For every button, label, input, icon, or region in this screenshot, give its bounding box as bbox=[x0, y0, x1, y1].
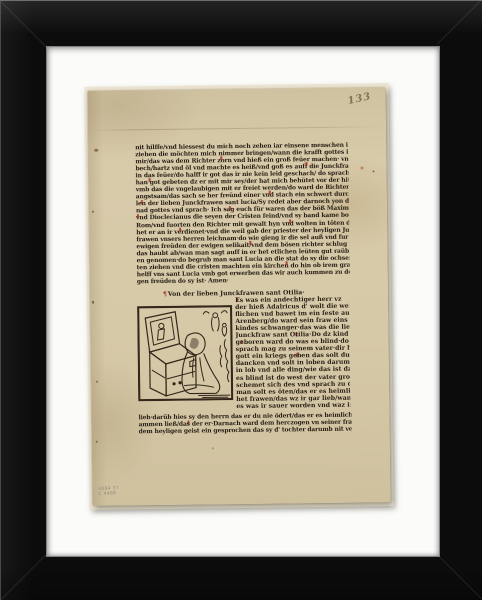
rubrication-mark bbox=[149, 178, 151, 182]
manuscript-page: nit hilffe/vnd hiessest du mich noch zeh… bbox=[87, 87, 390, 506]
rubrication-mark bbox=[269, 191, 271, 195]
rubrication-mark bbox=[249, 241, 251, 245]
red-pilcrow: ¶ bbox=[163, 291, 167, 298]
edge-speck bbox=[92, 301, 94, 304]
kneeling-saint-woodcut bbox=[137, 305, 233, 401]
text-line: dem heyligen geist ein gesprochen das sy… bbox=[139, 426, 352, 436]
bottom-text-block: lieb·darüb hies sy den herrn das er du n… bbox=[138, 412, 351, 436]
edge-speck bbox=[96, 441, 98, 443]
frame-left-sheen bbox=[0, 0, 46, 600]
rubrication-mark bbox=[289, 219, 291, 223]
foxing-spot bbox=[360, 166, 363, 169]
pencil-inscription: 4084 37 C 4988 bbox=[98, 486, 119, 497]
column-text-block: Es was ein andechtiger herr vzder hieß A… bbox=[235, 296, 350, 410]
handwritten-folio-number: 133 bbox=[347, 91, 373, 107]
foxing-spot bbox=[212, 447, 214, 449]
rubrication-mark bbox=[137, 214, 139, 218]
foxing-spot bbox=[94, 149, 98, 152]
rubrication-mark bbox=[305, 162, 307, 166]
text-line: es was ir sauer worden vnd waz ir bbox=[236, 401, 350, 409]
rubrication-mark bbox=[141, 200, 143, 204]
edge-speck bbox=[92, 211, 94, 213]
foxing-spot bbox=[372, 170, 374, 172]
rubrication-mark bbox=[179, 228, 181, 232]
pencil-line: C 4988 bbox=[98, 491, 119, 497]
frame-bottom-shade bbox=[0, 557, 482, 600]
framed-artwork-photo: nit hilffe/vnd hiessest du mich noch zeh… bbox=[0, 0, 482, 600]
paper-crease bbox=[90, 126, 383, 131]
rubrication-mark bbox=[220, 156, 222, 160]
rubrication-mark bbox=[286, 261, 288, 265]
rubrication-mark bbox=[229, 206, 231, 210]
frame-edge-highlight bbox=[0, 0, 482, 1]
frame-edge-highlight bbox=[0, 0, 1, 600]
edge-speck bbox=[96, 381, 98, 383]
frame-top-sheen bbox=[0, 0, 482, 46]
body-text-block: nit hilffe/vnd hiessest du mich noch zeh… bbox=[135, 142, 350, 293]
